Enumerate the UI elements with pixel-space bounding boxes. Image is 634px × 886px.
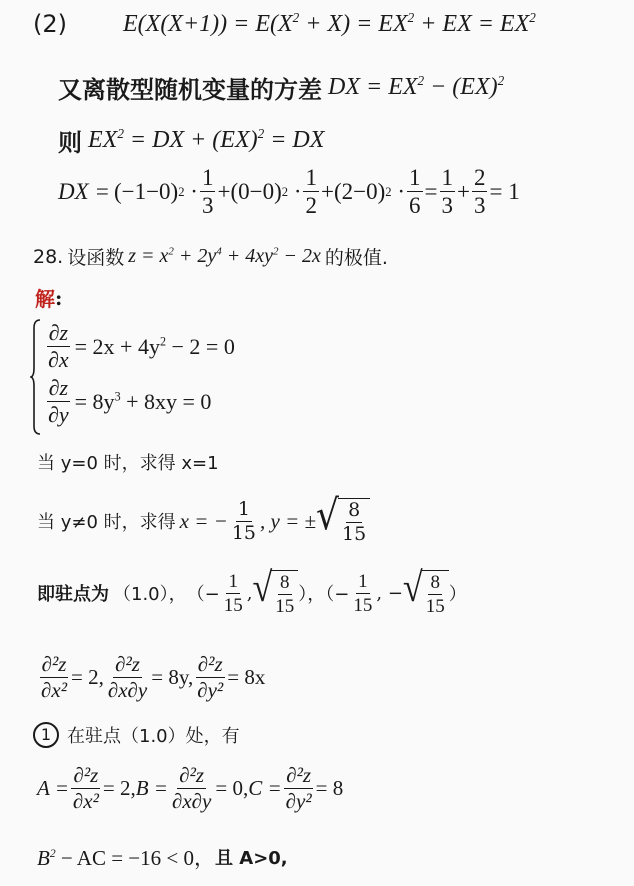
fraction: 12 (303, 166, 319, 217)
problem-text-suffix: 的极值. (325, 243, 388, 270)
problem-28-statement: 28. 设函数 z = x2 + 2y4 + 4xy2 − 2x 的极值. (33, 243, 388, 270)
solution-label-text: 解 (35, 283, 55, 312)
partial-x-equation: ∂z∂x = 2x + 4y2 − 2 = 0 (44, 322, 235, 371)
fraction: 23 (472, 166, 488, 217)
sqrt-expression: √815 (316, 498, 370, 544)
solution-label: 解 : (35, 283, 62, 312)
then-line: 则 EX2 = DX + (EX)2 = DX (58, 123, 324, 158)
circled-number-icon: 1 (33, 722, 59, 748)
then-text: 则 (58, 123, 82, 158)
dx-calculation: DX = (−1−0)2 · 13 + (0−0)2 · 12 + (2−0)2… (58, 166, 520, 217)
part-label: (2) (33, 10, 67, 38)
stationary-points: 即驻点为 （1.0）， （− 115 , √815 ），（− 115 , − √… (37, 570, 467, 616)
fraction: 13 (440, 166, 456, 217)
discriminant-formula: B2 − AC = −16 < 0， (37, 842, 215, 872)
variance-def-line: 又离散型随机变量的方差 DX = EX2 − (EX)2 (58, 70, 504, 105)
fraction: 115 (230, 500, 258, 543)
partial-fraction: ∂z∂x (46, 322, 71, 371)
problem-function: z = x2 + 2y4 + 4xy2 − 2x (128, 245, 321, 268)
fraction: 13 (200, 166, 216, 217)
problem-number: 28. (33, 246, 63, 268)
case-y-zero: 当 y=0 时，求得 x=1 (37, 449, 219, 475)
second-derivatives: ∂²z∂x² = 2, ∂²z∂x∂y = 8y, ∂²z∂y² = 8x (37, 654, 265, 701)
fraction: 16 (407, 166, 423, 217)
left-brace-icon (30, 318, 42, 436)
at-point-line: 1 在驻点（1.0）处，有 (33, 722, 240, 748)
variance-formula: DX = EX2 − (EX)2 (328, 74, 504, 101)
variance-text: 又离散型随机变量的方差 (58, 70, 322, 105)
partial-y-equation: ∂z∂y = 8y3 + 8xy = 0 (44, 377, 211, 426)
then-formula: EX2 = DX + (EX)2 = DX (88, 127, 324, 154)
abc-values: A = ∂²z∂x² = 2, B = ∂²z∂x∂y = 0, C = ∂²z… (37, 765, 343, 812)
case-y-nonzero: 当 y≠0 时，求得 x = − 115 , y = ± √815 (37, 498, 370, 544)
partial-fraction: ∂z∂y (46, 377, 71, 426)
discriminant-line: B2 − AC = −16 < 0， 且 A>0, (37, 842, 288, 872)
expectation-equation: E(X(X+1)) = E(X2 + X) = EX2 + EX = EX2 (123, 11, 536, 38)
problem-text-prefix: 设函数 (67, 243, 124, 270)
part2-eq-line: (2) E(X(X+1)) = E(X2 + X) = EX2 + EX = E… (33, 10, 536, 38)
